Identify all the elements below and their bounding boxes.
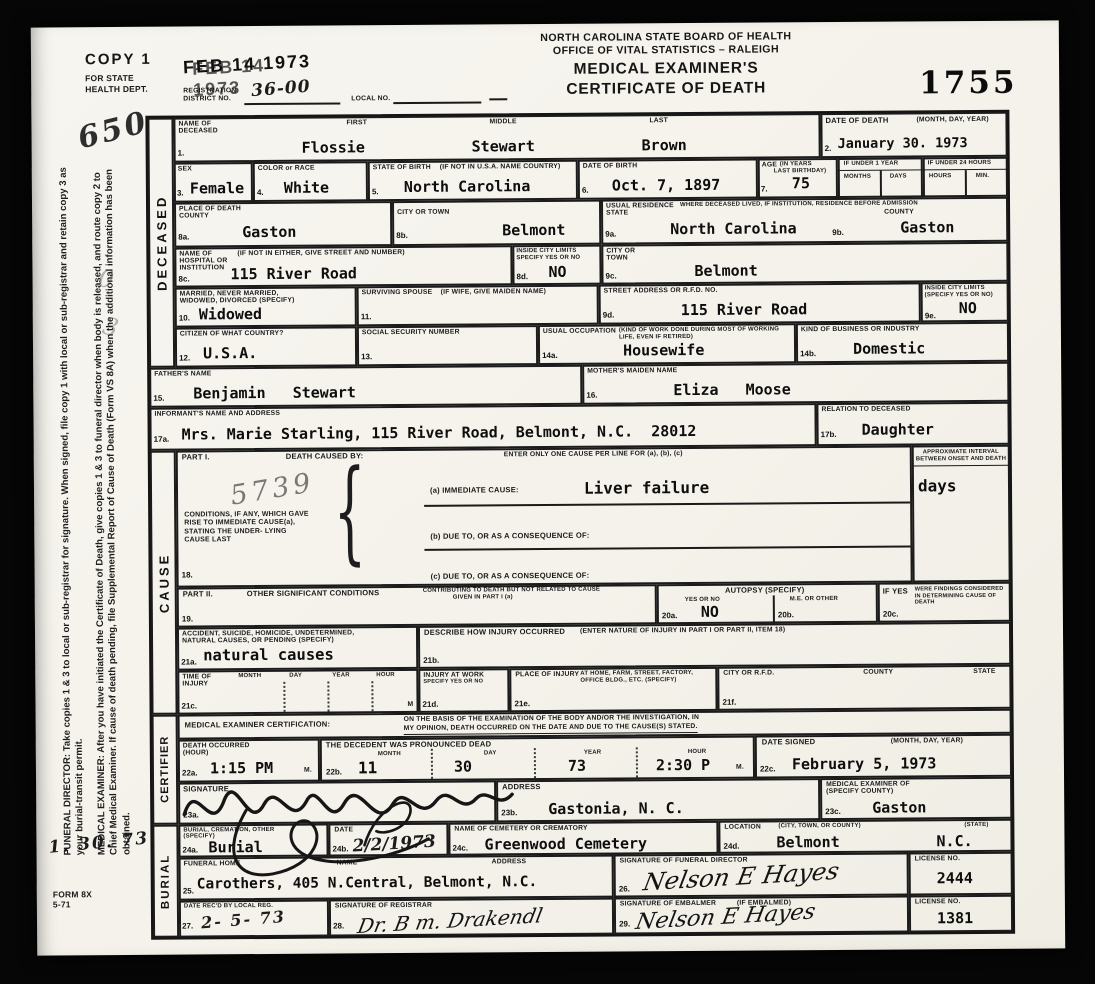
registration-label-2: DISTRICT NO. [183, 95, 231, 103]
autopsy-label: AUTOPSY (SPECIFY) [695, 586, 835, 596]
place-of-death-county-value: Gaston [242, 223, 296, 241]
pronounced-divider-2 [534, 748, 536, 778]
item-25-number: 25. [183, 886, 194, 895]
injury-state-header: STATE [973, 668, 995, 676]
conditions-brace: { [333, 455, 366, 567]
band-label-deceased: DECEASED [153, 195, 169, 291]
place-of-death-county-label: COUNTY [179, 212, 209, 220]
how-injury-label: DESCRIBE HOW INJURY OCCURRED [424, 628, 565, 638]
me-of-sub: (SPECIFY COUNTY) [826, 788, 893, 796]
section-band-deceased: DECEASED [147, 118, 175, 368]
place-of-injury-label: PLACE OF INJURY [515, 671, 579, 679]
state-of-birth-sub: (IF NOT IN U.S.A. NAME COUNTRY) [440, 163, 570, 172]
org-line-2: OFFICE OF VITAL STATISTICS – RALEIGH [451, 43, 881, 58]
cemetery-label: NAME OF CEMETERY OR CREMATORY [454, 825, 587, 834]
item-21e-number: 21e. [514, 699, 530, 708]
item-24b-number: 24b. [332, 844, 348, 853]
item-23a-number: 23a. [183, 810, 199, 819]
spouse-sub: (IF WIFE, GIVE MAIDEN NAME) [441, 288, 547, 297]
certificate-sheet: 650 MEDICAL EXAMINER: After you have ini… [31, 20, 1065, 955]
local-no-underline [393, 101, 481, 104]
item-1-number: 1. [178, 149, 185, 158]
date-of-birth-label: DATE OF BIRTH [583, 162, 638, 170]
manner-value: natural causes [203, 645, 334, 664]
instruction-body: Take copies 1 & 3 to local or sub-regist… [58, 167, 86, 855]
name-first-value: Flossie [302, 138, 365, 156]
autopsy-divider [773, 595, 775, 623]
time-of-injury-label-2: INJURY [182, 680, 208, 688]
item-17a-number: 17a. [154, 435, 170, 444]
me-or-other-label: M.E. OR OTHER [790, 596, 838, 603]
injury-county-header: COUNTY [863, 669, 893, 677]
location-sub: (CITY, TOWN, OR COUNTY) [778, 823, 861, 831]
item-20c-number: 20c. [883, 610, 899, 619]
item-3-number: 3. [177, 189, 184, 198]
item-9e-number: 9e. [925, 311, 936, 320]
certification-text-2: MY OPINION, DEATH OCCURRED ON THE DATE A… [404, 723, 698, 735]
pronounced-year-header: YEAR [584, 750, 602, 757]
item-26-number: 26. [619, 884, 630, 893]
months-days-divider [880, 171, 882, 198]
funeral-home-value: Carothers, 405 N.Central, Belmont, N.C. [197, 874, 538, 892]
hours-min-divider [965, 170, 967, 197]
ssn-label: SOCIAL SECURITY NUMBER [362, 329, 460, 338]
days-header: DAYS [890, 173, 907, 180]
item-16-number: 16. [586, 391, 597, 400]
citizen-label: CITIZEN OF WHAT COUNTRY? [180, 330, 284, 339]
state-of-birth-label: STATE OF BIRTH [373, 164, 431, 172]
item-21d-number: 21d. [422, 700, 438, 709]
funeral-home-label: FUNERAL HOME [184, 860, 241, 868]
mother-label: MOTHER'S MAIDEN NAME [587, 367, 677, 376]
relation-value: Daughter [862, 420, 934, 439]
item-20b-number: 20b. [778, 610, 794, 619]
injury-at-work-sub: SPECIFY YES OR NO [423, 678, 483, 685]
section-band-burial: BURIAL [152, 825, 179, 938]
other-significant-label: OTHER SIGNIFICANT CONDITIONS [247, 589, 380, 599]
item-17b-number: 17b. [821, 430, 837, 439]
copy-subline-1: FOR STATE [85, 73, 134, 83]
form-number: FORM 8X [53, 889, 92, 899]
residence-state-value: North Carolina [670, 219, 797, 238]
pronounced-month-header: MONTH [378, 751, 401, 758]
item-14b-number: 14b. [800, 349, 816, 358]
enter-one-cause-note: ENTER ONLY ONE CAUSE PER LINE FOR (a), (… [504, 450, 683, 459]
copy-label: COPY 1 [85, 51, 152, 68]
usual-residence-state-label: STATE [606, 209, 628, 217]
license-1-label: LICENSE NO. [915, 855, 961, 863]
under-1-year-label: IF UNDER 1 YEAR [844, 161, 899, 168]
middle-header: MIDDLE [489, 118, 516, 126]
location-city-value: Belmont [776, 833, 839, 851]
toi-year-header: YEAR [332, 672, 350, 679]
state-of-birth-value: North Carolina [404, 177, 531, 196]
item-7-number: 7. [761, 184, 768, 193]
if-yes-label: IF YES [883, 587, 908, 596]
certificate-number: 1755 [919, 65, 1018, 102]
funeral-home-name-header: NAME [337, 859, 358, 867]
occupation-label: USUAL OCCUPATION [543, 328, 616, 337]
months-header: MONTHS [844, 174, 871, 181]
name-last-value: Brown [642, 136, 687, 154]
race-label: COLOR or RACE [258, 165, 315, 173]
band-label-cause: CAUSE [156, 552, 171, 613]
industry-label: KIND OF BUSINESS OR INDUSTRY [801, 325, 920, 334]
item-4-number: 4. [257, 188, 264, 197]
spouse-label: SURVIVING SPOUSE [362, 289, 433, 298]
sex-label: SEX [178, 165, 192, 173]
received-date-stamp: FEB 14 1973 FEB 14 1973 [183, 51, 312, 78]
toi-divider-3 [371, 681, 373, 711]
item-22c-number: 22c. [760, 764, 776, 773]
location-label: LOCATION [724, 824, 761, 832]
item-22a-number: 22a. [182, 768, 198, 777]
pronounced-day-value: 30 [454, 758, 472, 776]
item-8b-number: 8b. [396, 231, 408, 240]
registration-underline [244, 102, 340, 105]
pronounced-year-value: 73 [568, 757, 586, 775]
under-24-hours-label: IF UNDER 24 HOURS [928, 160, 991, 168]
item-18-number: 18. [182, 570, 193, 579]
header-org-block: NORTH CAROLINA STATE BOARD OF HEALTH OFF… [451, 30, 881, 100]
residence-city-label-2: TOWN [606, 254, 628, 262]
title-line-1: MEDICAL EXAMINER'S [451, 59, 881, 80]
age-value: 75 [792, 174, 810, 192]
informant-value: Mrs. Marie Starling, 115 River Road, Bel… [182, 422, 697, 444]
section-band-certifier: CERTIFIER [152, 715, 179, 825]
date-of-death-label: DATE OF DEATH [825, 117, 888, 126]
industry-value: Domestic [853, 339, 925, 358]
date-of-death-value: January 30. 1973 [838, 135, 968, 152]
burial-type-value: Burial [208, 838, 262, 856]
manner-label-2: NATURAL CAUSES, OR PENDING (SPECIFY) [182, 636, 334, 645]
m-label-22b: M. [736, 764, 744, 772]
autopsy-value: NO [701, 603, 719, 621]
mother-value: Eliza Moose [673, 380, 791, 399]
race-value: White [284, 179, 329, 197]
immediate-cause-value: Liver failure [584, 478, 709, 498]
item-9a-number: 9a. [605, 230, 616, 239]
item-9d-number: 9d. [603, 311, 615, 320]
date-signed-label: DATE SIGNED [762, 738, 816, 747]
margin-instruction-funeral-director: FUNERAL DIRECTOR: Take copies 1 & 3 to l… [58, 163, 91, 855]
icl2-value: NO [959, 299, 977, 317]
item-24d-number: 24d. [723, 842, 739, 851]
section-band-cause: CAUSE [150, 451, 178, 715]
death-occurred-value: 1:15 PM [210, 759, 273, 777]
pronounced-dead-label: THE DECEDENT WAS PRONOUNCED DEAD [326, 740, 492, 750]
item-15-number: 15. [153, 394, 164, 403]
date-signed-value: February 5, 1973 [792, 754, 937, 773]
certification-label: MEDICAL EXAMINER CERTIFICATION: [185, 721, 331, 731]
date-of-birth-value: Oct. 7, 1897 [612, 176, 720, 195]
immediate-cause-label: (a) IMMEDIATE CAUSE: [430, 486, 519, 496]
item-21a-number: 21a. [181, 657, 197, 666]
date-of-death-sub: (MONTH, DAY, YEAR) [916, 116, 988, 125]
hospital-value: 115 River Road [230, 264, 357, 283]
item-9c-number: 9c. [605, 272, 616, 281]
last-header: LAST [649, 117, 668, 125]
first-header: FIRST [346, 119, 367, 127]
item-14a-number: 14a. [542, 351, 558, 360]
item-11-number: 11. [361, 312, 372, 321]
copy-subline-2: HEALTH DEPT. [85, 84, 148, 94]
city-or-town-label: CITY OR TOWN [397, 209, 449, 217]
residence-county-label: COUNTY [884, 208, 914, 216]
pronounced-day-header: DAY [484, 750, 497, 757]
due-to-b-label: (b) DUE TO, OR AS A CONSEQUENCE OF: [430, 532, 589, 542]
form-revision: 5-71 [53, 899, 71, 909]
icl1-value: NO [548, 263, 566, 281]
pronounced-month-value: 11 [358, 758, 377, 777]
residence-county-value: Gaston [900, 218, 954, 236]
funeral-home-address-header: ADDRESS [492, 858, 527, 866]
field-place-of-death-city [392, 200, 601, 246]
me-of-value: Gaston [872, 798, 926, 816]
pronounced-divider-3 [636, 747, 638, 777]
license-1-value: 2444 [937, 869, 973, 887]
place-of-injury-note: AT HOME, FARM, STREET, FACTORY, OFFICE B… [580, 670, 710, 685]
band-label-burial: BURIAL [160, 853, 172, 909]
band-label-certifier: CERTIFIER [159, 736, 171, 803]
interval-value: days [918, 476, 957, 495]
item-23b-number: 23b. [501, 808, 517, 817]
occupation-sub: (KIND OF WORK DONE DURING MOST OF WORKIN… [619, 326, 789, 341]
occupation-value: Housewife [623, 341, 704, 360]
how-injury-note: (ENTER NATURE OF INJURY IN PART I OR PAR… [580, 626, 785, 635]
street-address-value: 115 River Road [681, 300, 808, 319]
pronounced-hour-value: 2:30 P [656, 756, 710, 774]
item-19-number: 19. [182, 614, 193, 623]
item-27-number: 27. [182, 921, 193, 930]
item-8a-number: 8a. [178, 232, 189, 241]
item-5-number: 5. [372, 187, 379, 196]
item-29-number: 29. [619, 919, 630, 928]
item-9b-number: 9b. [832, 228, 844, 237]
item-8d-number: 8d. [516, 272, 528, 281]
scanned-death-certificate: 650 MEDICAL EXAMINER: After you have ini… [0, 0, 1095, 984]
location-state-value: N.C. [936, 832, 972, 850]
item-23c-number: 23c. [825, 807, 841, 816]
signature-label: SIGNATURE [183, 785, 229, 794]
location-state-sub: (STATE) [964, 822, 988, 829]
date-signed-sub: (MONTH, DAY, YEAR) [891, 737, 963, 746]
part1-label: PART I. [182, 453, 210, 462]
item-2-number: 2. [825, 144, 832, 153]
marital-value: Widowed [199, 305, 262, 323]
item-21f-number: 21f. [722, 698, 736, 707]
residence-city-value: Belmont [694, 262, 757, 280]
hospital-note: (IF NOT IN EITHER, GIVE STREET AND NUMBE… [237, 249, 405, 258]
death-occurred-sub: (HOUR) [183, 749, 209, 757]
name-label2: DECEASED [178, 127, 217, 135]
registration-number: 36-00 [251, 77, 312, 101]
findings-note: WERE FINDINGS CONSIDERED IN DETERMINING … [915, 586, 1007, 606]
hours-header: HOURS [929, 173, 952, 180]
conditions-label: CONDITIONS, IF ANY, WHICH GAVE RISE TO I… [184, 511, 312, 545]
item-21c-number: 21c. [181, 701, 197, 710]
toi-hour-header: HOUR [376, 672, 395, 679]
address-label: ADDRESS [502, 783, 541, 792]
informant-label: INFORMANT'S NAME AND ADDRESS [154, 410, 280, 419]
item-8c-number: 8c. [179, 274, 190, 283]
relation-label: RELATION TO DECEASED [821, 405, 910, 414]
field-residence-city [601, 242, 1008, 285]
injury-city-header: CITY OR R.F.D. [723, 669, 774, 677]
sex-value: Female [190, 179, 244, 197]
hospital-label-3: INSTITUTION [179, 264, 224, 272]
local-no-label: LOCAL NO. [351, 95, 390, 103]
item-28-number: 28. [333, 921, 344, 930]
min-header: MIN. [976, 173, 990, 180]
toi-m-label: M [407, 701, 413, 709]
toi-day-header: DAY [289, 673, 302, 680]
icl1-label-2: SPECIFY YES OR NO [516, 255, 580, 263]
address-value: Gastonia, N. C. [548, 799, 684, 818]
item-22b-number: 22b. [326, 767, 342, 776]
item-13-number: 13. [361, 352, 372, 361]
margin-pencil-number: 650 [74, 105, 152, 157]
part2-label: PART II. [183, 590, 213, 599]
cemetery-value: Greenwood Cemetery [484, 834, 647, 853]
item-21b-number: 21b. [423, 656, 439, 665]
due-to-c-label: (c) DUE TO, OR AS A CONSEQUENCE OF: [431, 572, 590, 582]
registrar-sig-label: SIGNATURE OF REGISTRAR [335, 902, 432, 911]
item-6-number: 6. [582, 186, 589, 195]
father-value: Benjamin Stewart [193, 383, 356, 402]
place-of-death-city-value: Belmont [502, 221, 565, 239]
pronounced-divider-1 [431, 749, 433, 779]
item-20a-number: 20a. [662, 611, 678, 620]
toi-divider-2 [327, 682, 329, 712]
license-2-label: LICENSE NO. [915, 898, 961, 906]
toi-month-header: MONTH [238, 673, 261, 680]
street-address-label: STREET ADDRESS OR R.F.D. NO. [604, 287, 718, 296]
contrib-note-2: GIVEN IN PART I (a) [453, 594, 513, 601]
item-12-number: 12. [179, 353, 190, 362]
m-label-22a: M. [304, 767, 312, 775]
item-24a-number: 24a. [182, 845, 198, 854]
burial-date-label: DATE [334, 826, 353, 834]
license-2-value: 1381 [937, 909, 973, 927]
toi-divider-1 [283, 682, 285, 712]
citizen-value: U.S.A. [203, 344, 257, 362]
name-middle-value: Stewart [472, 137, 535, 155]
title-line-2: CERTIFICATE OF DEATH [451, 79, 881, 100]
item-24c-number: 24c. [452, 844, 468, 853]
item-10-number: 10. [179, 313, 190, 322]
father-label: FATHER'S NAME [154, 370, 211, 378]
interval-header-2: BETWEEN ONSET AND DEATH [916, 456, 1006, 463]
